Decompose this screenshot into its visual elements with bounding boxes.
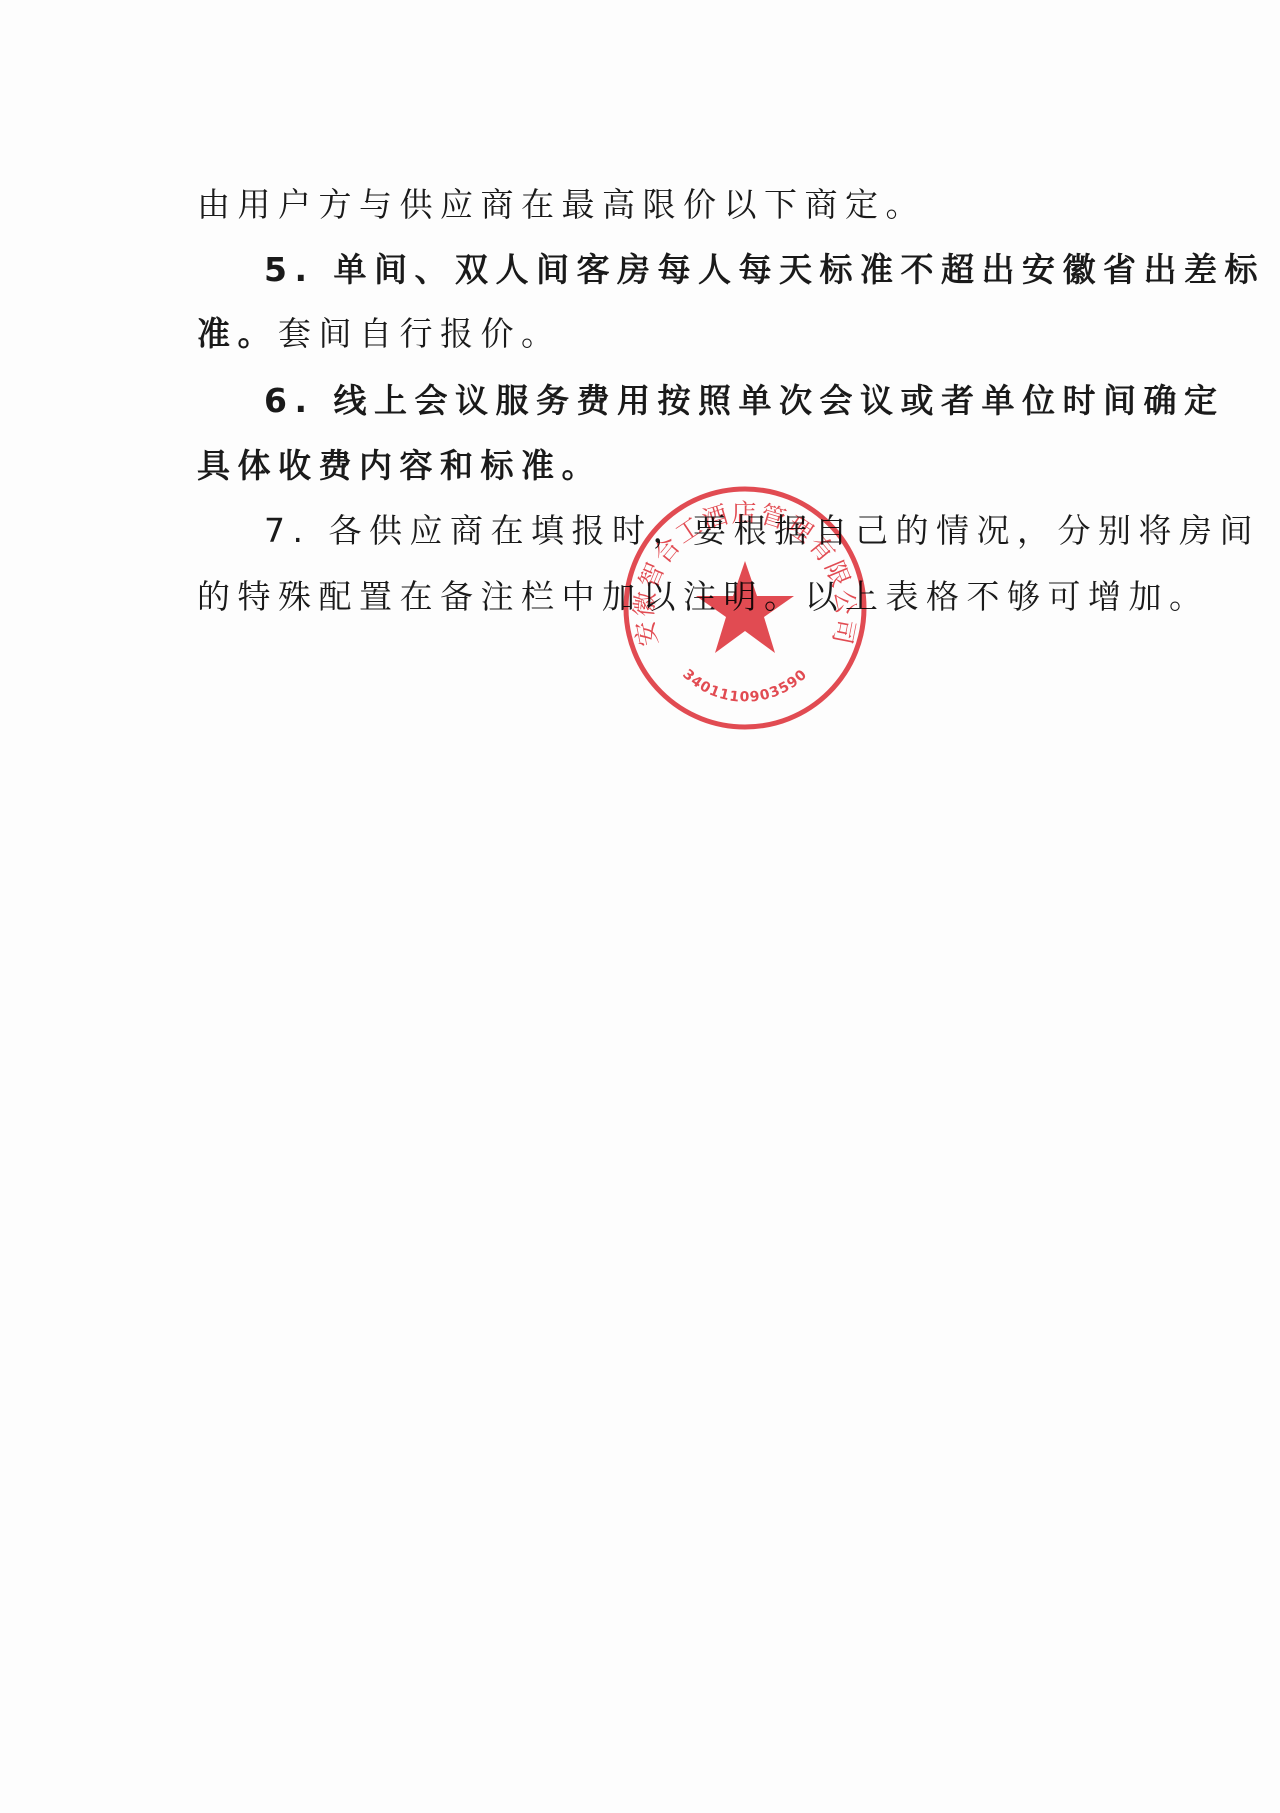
paragraph-line: 由用户方与供应商在最高限价以下商定。 bbox=[197, 185, 1087, 225]
company-seal-stamp: 安徽智合工酒店管理有限公司 3401110903590 bbox=[620, 483, 870, 733]
svg-text:3401110903590: 3401110903590 bbox=[679, 666, 810, 705]
item-5-bold-tail: 准。 bbox=[197, 314, 278, 353]
star-icon bbox=[696, 561, 794, 653]
document-page: 由用户方与供应商在最高限价以下商定。 5. 单间、双人间客房每人每天标准不超出安… bbox=[0, 0, 1280, 1813]
item-5-line-2: 准。套间自行报价。 bbox=[197, 314, 1087, 354]
item-6-line-2: 具体收费内容和标准。 bbox=[197, 446, 1087, 486]
stamp-serial-number: 3401110903590 bbox=[679, 666, 810, 705]
item-6-line-1: 6. 线上会议服务费用按照单次会议或者单位时间确定 bbox=[264, 381, 1087, 421]
item-5-line-1: 5. 单间、双人间客房每人每天标准不超出安徽省出差标 bbox=[264, 250, 1087, 290]
item-5-normal-tail: 套间自行报价。 bbox=[278, 314, 562, 353]
